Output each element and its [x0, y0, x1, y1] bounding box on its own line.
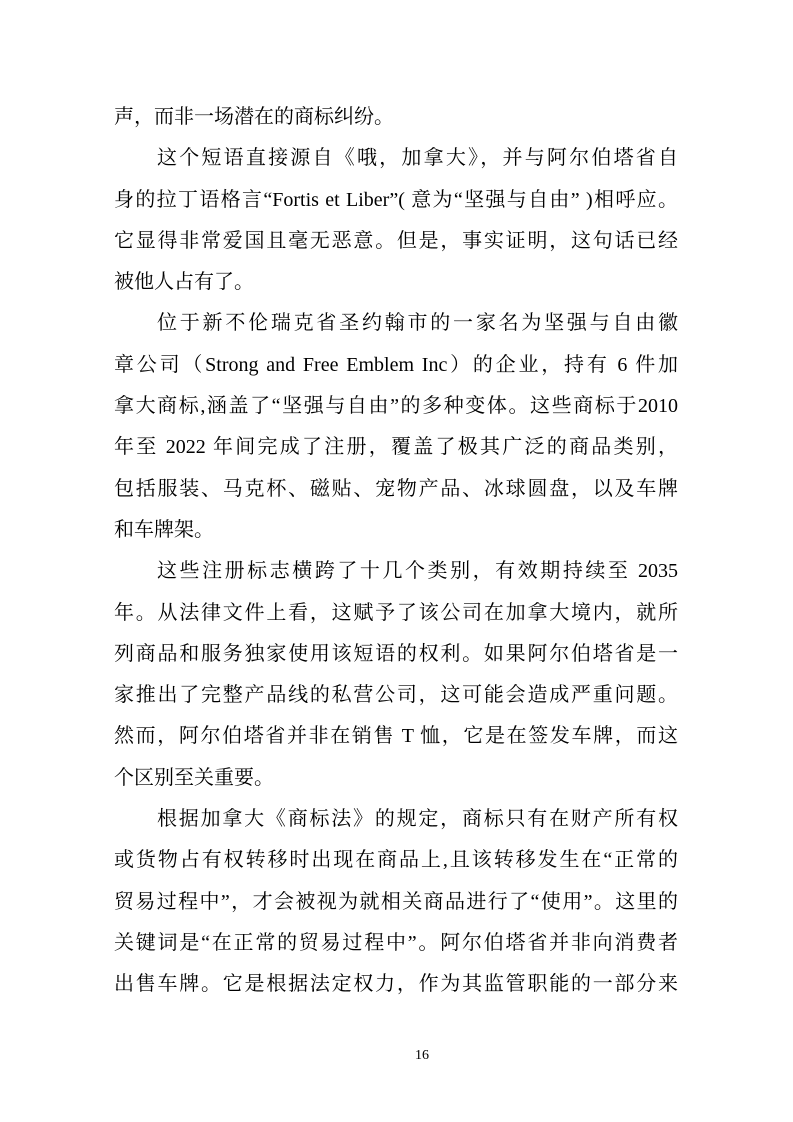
text-line: 家推出了完整产品线的私营公司，这可能会造成严重问题。: [114, 675, 678, 716]
text-line: 拿大商标,涵盖了“坚强与自由”的多种变体。这些商标于2010: [114, 386, 678, 427]
text-line: 包括服装、马克杯、磁贴、宠物产品、冰球圆盘，以及车牌: [114, 469, 678, 510]
text-line: 章公司（Strong and Free Emblem Inc）的企业，持有 6 …: [114, 345, 678, 386]
text-line: 年。从法律文件上看，这赋予了该公司在加拿大境内，就所: [114, 593, 678, 634]
text-line: 它显得非常爱国且毫无恶意。但是，事实证明，这句话已经: [114, 221, 678, 262]
text-block: 声，而非一场潜在的商标纠纷。 这个短语直接源自《哦，加拿大》，并与阿尔伯塔省自 …: [114, 97, 678, 1006]
text-line: 身的拉丁语格言“Fortis et Liber”( 意为“坚强与自由” )相呼应…: [114, 180, 678, 221]
text-line: 年至 2022 年间完成了注册，覆盖了极其广泛的商品类别，: [114, 427, 678, 468]
paragraph: 位于新不伦瑞克省圣约翰市的一家名为坚强与自由徽 章公司（Strong and F…: [114, 303, 678, 551]
paragraph: 这个短语直接源自《哦，加拿大》，并与阿尔伯塔省自 身的拉丁语格言“Fortis …: [114, 138, 678, 303]
paragraph: 这些注册标志横跨了十几个类别，有效期持续至 2035 年。从法律文件上看，这赋予…: [114, 551, 678, 799]
text-line: 列商品和服务独家使用该短语的权利。如果阿尔伯塔省是一: [114, 634, 678, 675]
text-line: 这个短语直接源自《哦，加拿大》，并与阿尔伯塔省自: [114, 138, 678, 179]
text-line: 位于新不伦瑞克省圣约翰市的一家名为坚强与自由徽: [114, 303, 678, 344]
text-line: 被他人占有了。: [114, 262, 678, 303]
text-line: 声，而非一场潜在的商标纠纷。: [114, 97, 678, 138]
text-line: 个区别至关重要。: [114, 758, 678, 799]
paragraph: 声，而非一场潜在的商标纠纷。: [114, 97, 678, 138]
text-line: 关键词是“在正常的贸易过程中”。阿尔伯塔省并非向消费者: [114, 923, 678, 964]
text-line: 贸易过程中”，才会被视为就相关商品进行了“使用”。这里的: [114, 882, 678, 923]
text-line: 然而，阿尔伯塔省并非在销售 T 恤，它是在签发车牌，而这: [114, 716, 678, 757]
document-page: 声，而非一场潜在的商标纠纷。 这个短语直接源自《哦，加拿大》，并与阿尔伯塔省自 …: [0, 0, 793, 1122]
paragraph: 根据加拿大《商标法》的规定，商标只有在财产所有权 或货物占有权转移时出现在商品上…: [114, 799, 678, 1005]
text-line: 根据加拿大《商标法》的规定，商标只有在财产所有权: [114, 799, 678, 840]
page-number: 16: [415, 1048, 429, 1064]
text-line: 或货物占有权转移时出现在商品上,且该转移发生在“正常的: [114, 840, 678, 881]
text-line: 出售车牌。它是根据法定权力，作为其监管职能的一部分来: [114, 964, 678, 1005]
text-line: 和车牌架。: [114, 510, 678, 551]
text-line: 这些注册标志横跨了十几个类别，有效期持续至 2035: [114, 551, 678, 592]
